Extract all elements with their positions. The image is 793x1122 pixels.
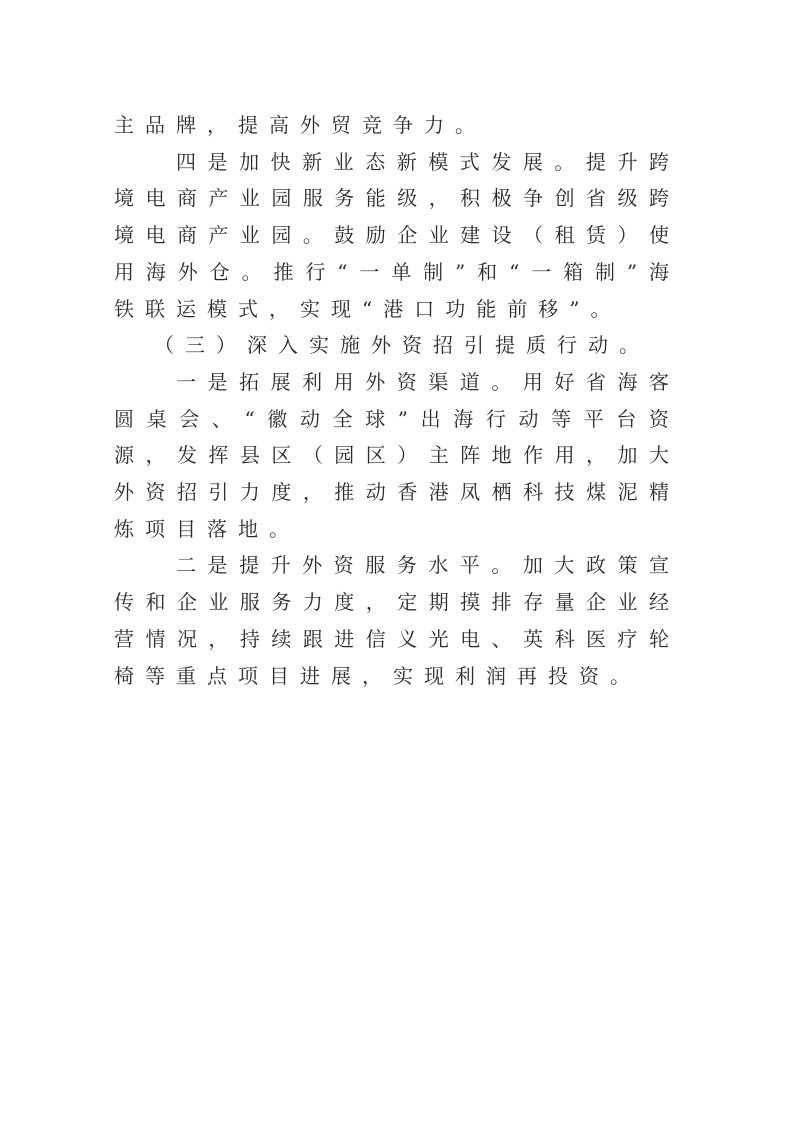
paragraph-expand-foreign-investment: 一是拓展利用外资渠道。用好省海客圆桌会、“徽动全球”出海行动等平台资源，发挥县区… <box>114 364 680 548</box>
paragraph-new-business-models: 四是加快新业态新模式发展。提升跨境电商产业园服务能级，积极争创省级跨境电商产业园… <box>114 144 680 328</box>
document-page: 主品牌，提高外贸竞争力。 四是加快新业态新模式发展。提升跨境电商产业园服务能级，… <box>114 107 680 694</box>
paragraph-continuation: 主品牌，提高外贸竞争力。 <box>114 107 680 144</box>
paragraph-improve-foreign-service: 二是提升外资服务水平。加大政策宣传和企业服务力度，定期摸排存量企业经营情况，持续… <box>114 547 680 694</box>
section-heading-foreign-investment: （三）深入实施外资招引提质行动。 <box>114 327 680 364</box>
